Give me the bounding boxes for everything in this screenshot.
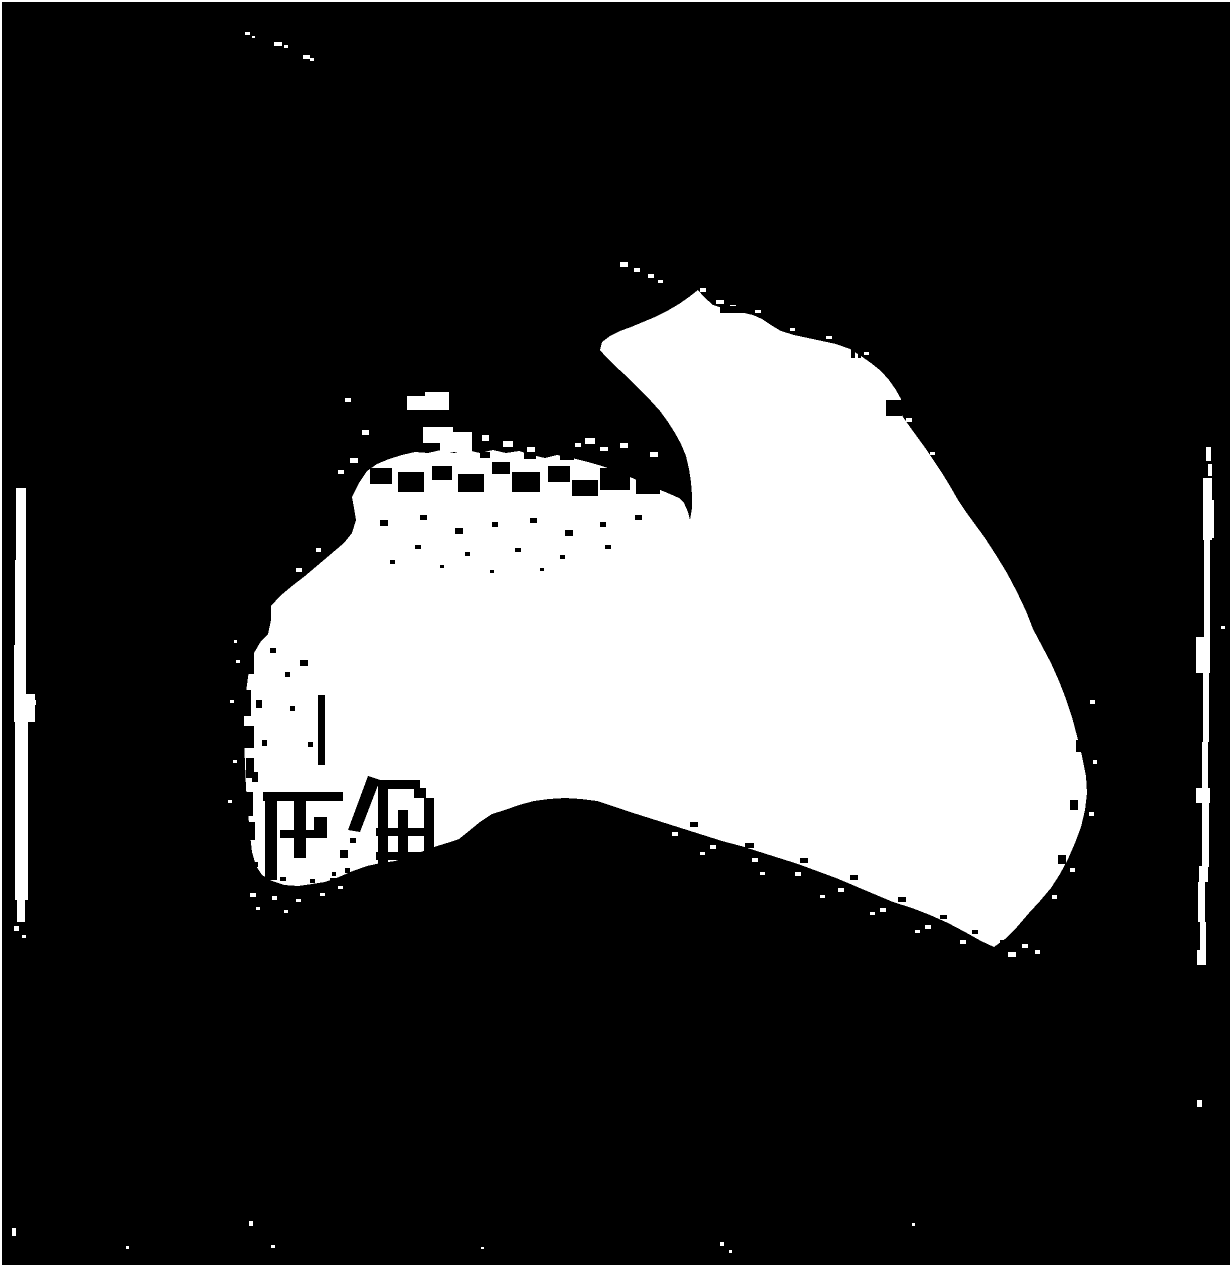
binarized-image: [0, 0, 1232, 1267]
binarized-image-page: 压角: [0, 0, 1232, 1267]
